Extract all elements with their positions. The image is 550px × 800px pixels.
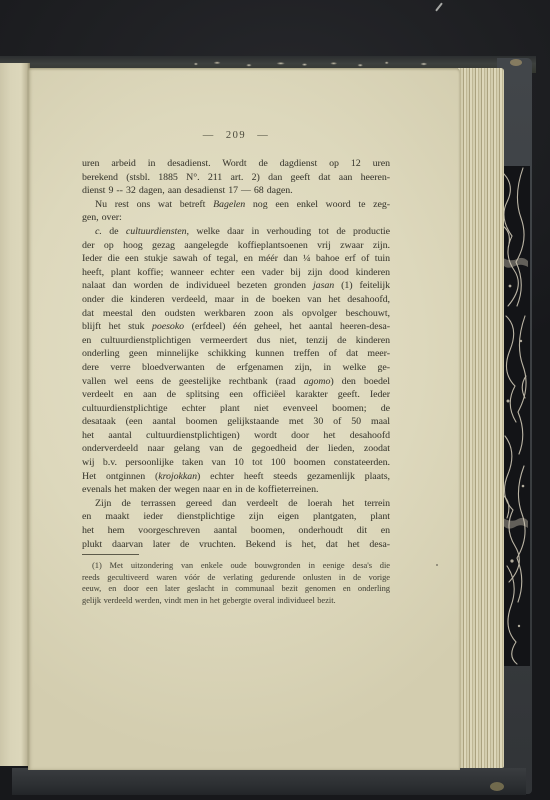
text-line: plukt daarvan later de vruchten. Bekend … xyxy=(82,538,390,552)
text-line: eeuw, en door een later geslacht in comm… xyxy=(82,583,390,595)
text-line: dere verre bloedverwanten de erfgenamen … xyxy=(82,361,390,375)
text-line: het hem voorgeschreven aantal boomen, on… xyxy=(82,524,390,538)
text-line: het aantal cultuurdienstplichtigen) word… xyxy=(82,429,390,443)
text-line: Ieder die een stukje sawah of tegal, en … xyxy=(82,252,390,266)
body-text: uren arbeid in desadienst. Wordt de dagd… xyxy=(82,157,390,551)
right-page-stack-edge xyxy=(455,68,504,768)
text-line: vallen wel eens de geestelijke rechtbank… xyxy=(82,375,390,389)
text-line: uren arbeid in desadienst. Wordt de dagd… xyxy=(82,157,390,171)
text-line: Nu rest ons wat betreft Bagelen nog een … xyxy=(82,198,390,212)
footnote: (1) Met uitzondering van enkele oude bou… xyxy=(82,560,390,607)
book-cover-bottom-edge xyxy=(12,768,526,795)
text-line: onderling geen minnelijke schikking kunn… xyxy=(82,347,390,361)
text-line: berekend (stsbl. 1885 N°. 211 art. 2) da… xyxy=(82,171,390,185)
page-number: — 209 — xyxy=(82,130,390,141)
dust-speck xyxy=(436,564,438,566)
text-line: wij b.v. persoonlijke taken van 10 tot 1… xyxy=(82,456,390,470)
text-line: reeds gecultiveerd waren vóór de verlati… xyxy=(82,572,390,584)
background-scratch xyxy=(435,2,443,11)
marbled-paper-corner xyxy=(501,166,530,666)
book-page: — 209 — uren arbeid in desadienst. Wordt… xyxy=(28,68,460,770)
book-scan-photo: — 209 — uren arbeid in desadienst. Wordt… xyxy=(0,0,550,800)
text-line: en cultuurdienstplichtigen vermeerdert d… xyxy=(82,334,390,348)
text-line: Zijn de terrassen gereed dan verdeelt de… xyxy=(82,497,390,511)
text-line: c. de cultuurdiensten, welke daar in ver… xyxy=(82,225,390,239)
left-page-block-edge xyxy=(0,63,30,766)
text-line: dienst 9 -- 32 dagen, aan desadienst 17 … xyxy=(82,184,390,198)
text-line: evenals het maken der wegen naar en in d… xyxy=(82,483,390,497)
text-line: nalaat dan worden de individueel bezeten… xyxy=(82,279,390,293)
text-line: desataak (een aantal boomen gelijkstaand… xyxy=(82,415,390,429)
text-line: onderverdeeld naar gelang van de gegoedh… xyxy=(82,442,390,456)
text-line: en maakt ieder dienstplichtige zijn eige… xyxy=(82,510,390,524)
text-line: verdeelt en aan de splitsing een officië… xyxy=(82,388,390,402)
text-line: heeft, plant koffie; wanneer echter een … xyxy=(82,266,390,280)
text-line: Het ontginnen (krojokkan) echter heeft s… xyxy=(82,470,390,484)
text-line: dat meestal den oudsten werkbaren zoon a… xyxy=(82,307,390,321)
text-line: der op hoog gezag aangelegde koffieplant… xyxy=(82,239,390,253)
cover-wear-chip xyxy=(490,782,504,791)
text-line: onder die kinderen verdeeld, maar in de … xyxy=(82,293,390,307)
text-line: gelijk verdeeld werden, vindt men in het… xyxy=(82,595,390,607)
cover-wear-chip xyxy=(510,59,522,66)
text-line: cultuurdienstplichtige echter plant niet… xyxy=(82,402,390,416)
footnote-rule xyxy=(82,554,139,555)
text-line: gen, over: xyxy=(82,211,390,225)
text-line: (1) Met uitzondering van enkele oude bou… xyxy=(82,560,390,572)
text-line: blijft het stuk poesoko (erfdeel) één ge… xyxy=(82,320,390,334)
